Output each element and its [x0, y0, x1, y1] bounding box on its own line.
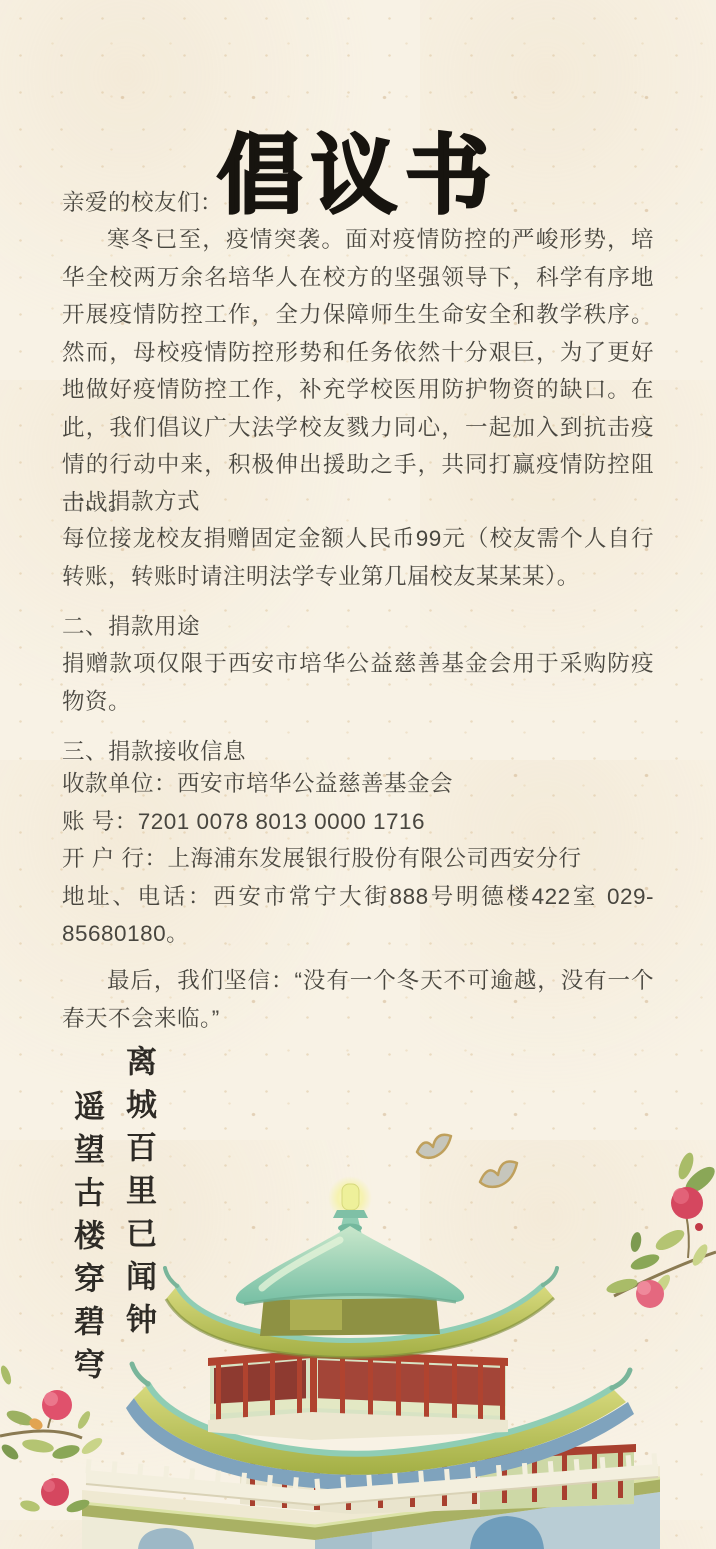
corner-flower [19, 1478, 91, 1515]
section-1-heading: 一、捐款方式 [62, 483, 654, 521]
flower-branch-right [605, 1151, 716, 1308]
blossom [636, 1280, 664, 1308]
base-arch-left [138, 1528, 194, 1549]
blossom [42, 1390, 72, 1420]
bird-icon [480, 1162, 517, 1187]
section-2-heading: 二、捐款用途 [62, 608, 654, 646]
blossom [671, 1187, 703, 1219]
bank-payee-line: 收款单位：西安市培华公益慈善基金会 [62, 765, 654, 803]
section-1-body: 每位接龙校友捐赠固定金额人民币99元（校友需个人自行转账，转账时请注明法学专业第… [62, 520, 654, 595]
tower-ground-gallery [236, 1444, 636, 1514]
tower-middle-roof [165, 1268, 557, 1358]
closing-paragraph: 最后，我们坚信：“没有一个冬天不可逾越，没有一个春天不会来临。” [62, 962, 654, 1037]
finial-glow [328, 1176, 372, 1220]
section-2-body: 捐赠款项仅限于西安市培华公益慈善基金会用于采购防疫物资。 [62, 645, 654, 720]
poem-column-right: 离城百里已闻钟 [116, 1045, 161, 1346]
bank-branch-line: 开 户 行：上海浦东发展银行股份有限公司西安分行 [62, 840, 654, 878]
tower-base [82, 1466, 660, 1549]
base-arch-right [470, 1516, 544, 1549]
tower-attic [260, 1288, 440, 1336]
bank-address-line: 地址、电话：西安市常宁大街888号明德楼422室 029-85680180。 [62, 878, 654, 953]
tower-spire [328, 1176, 372, 1244]
bank-info: 收款单位：西安市培华公益慈善基金会 账 号：7201 0078 8013 000… [62, 765, 654, 953]
poem-column-left: 遥望古楼穿碧穹 [64, 1090, 109, 1391]
intro-paragraph: 寒冬已至，疫情突袭。面对疫情防控的严峻形势，培华全校两万余名培华人在校方的坚强领… [62, 221, 654, 521]
greeting: 亲爱的校友们： [62, 184, 654, 222]
tower-top-roof [236, 1226, 464, 1304]
bird-icon [417, 1135, 451, 1158]
tower-middle-gallery [208, 1350, 508, 1440]
platform-railing [86, 1460, 658, 1505]
tower-lower-roof [126, 1364, 634, 1490]
proposal-poster: 倡议书 亲爱的校友们： 寒冬已至，疫情突袭。面对疫情防控的严峻形势，培华全校两万… [0, 0, 716, 1549]
bank-account-line: 账 号：7201 0078 8013 0000 1716 [62, 803, 654, 841]
